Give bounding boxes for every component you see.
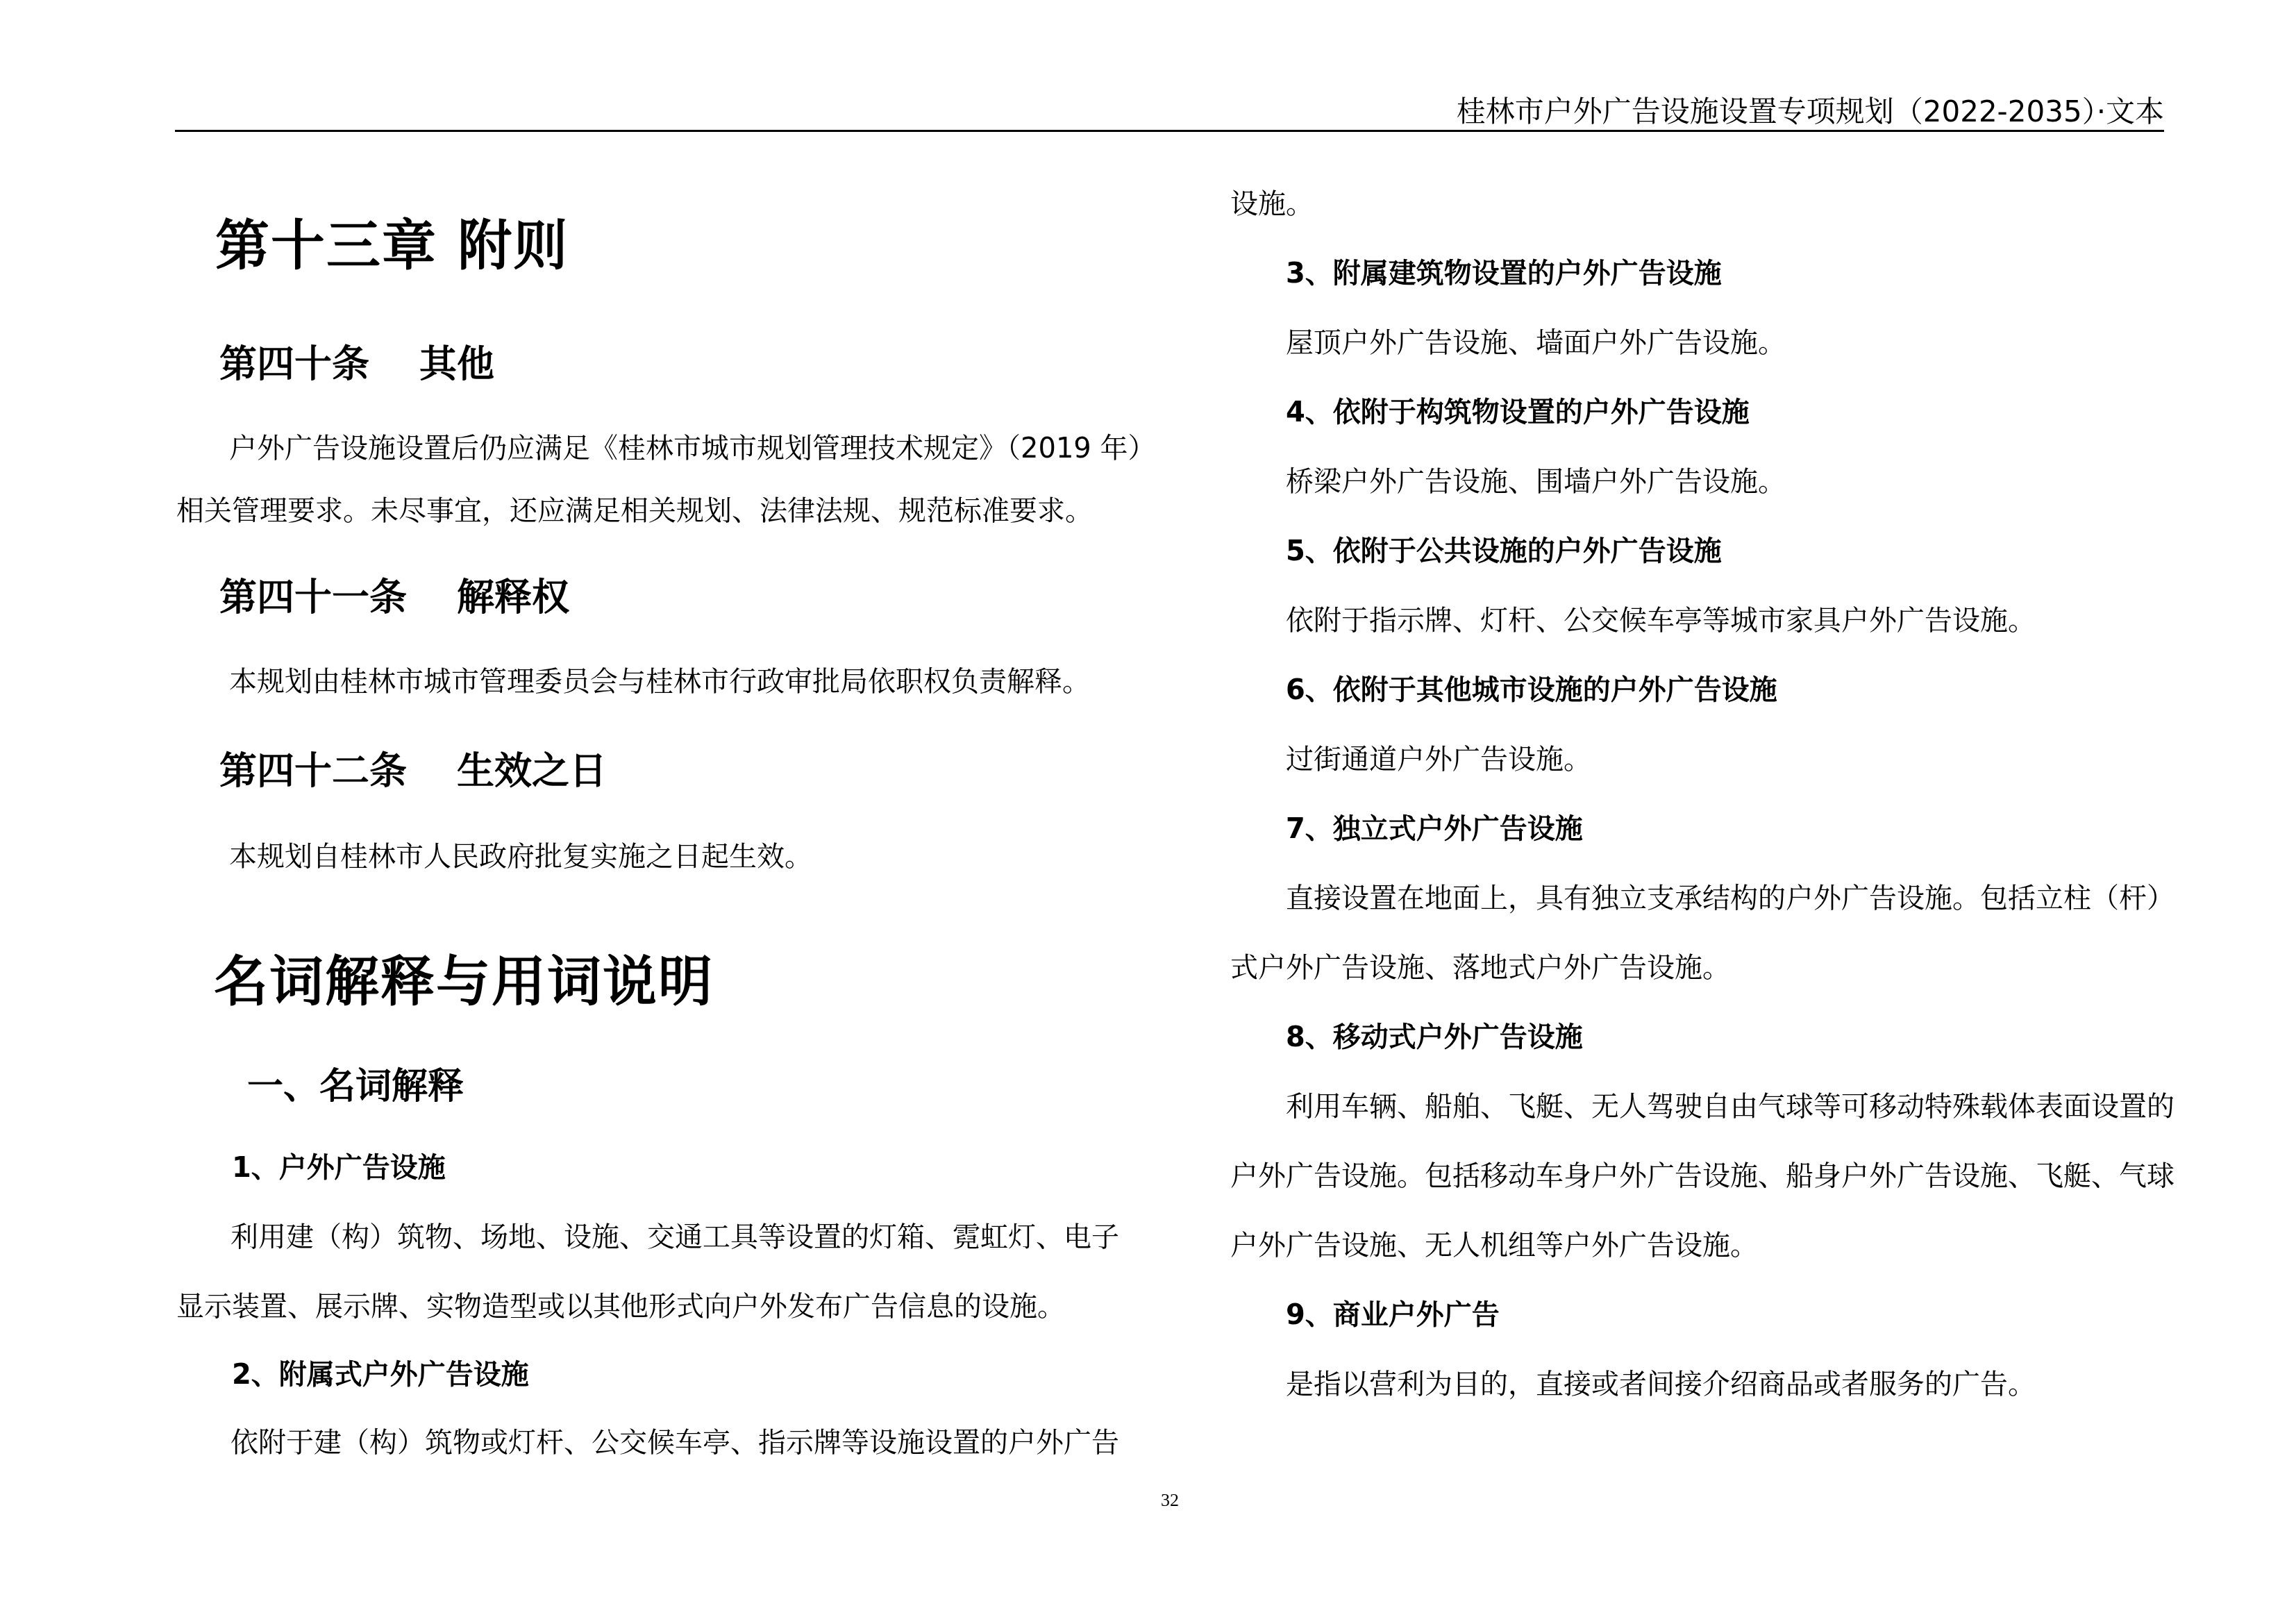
term-2-continuation: 设施。 xyxy=(1230,182,1314,221)
term-7-line-1: 直接设置在地面上，具有独立支承结构的户外广告设施。包括立柱（杆） xyxy=(1286,876,2175,916)
term-2-line-1: 依附于建（构）筑物或灯杆、公交候车亭、指示牌等设施设置的户外广告 xyxy=(231,1421,1119,1460)
term-heading-6: 6、依附于其他城市设施的户外广告设施 xyxy=(1286,668,1777,708)
article-number: 第四十条 xyxy=(219,342,369,386)
page-header-title: 桂林市户外广告设施设置专项规划（2022-2035）·文本 xyxy=(1457,89,2164,131)
term-heading-3: 3、附属建筑物设置的户外广告设施 xyxy=(1286,251,1722,291)
term-8-line-1: 利用车辆、船舶、飞艇、无人驾驶自由气球等可移动特殊载体表面设置的 xyxy=(1286,1085,2175,1124)
term-4-line-1: 桥梁户外广告设施、围墙户外广告设施。 xyxy=(1286,460,1786,499)
article-41-paragraph: 本规划由桂林市城市管理委员会与桂林市行政审批局依职权负责解释。 xyxy=(229,660,1090,699)
article-40-paragraph-line-1: 户外广告设施设置后仍应满足《桂林市城市规划管理技术规定》（2019 年） xyxy=(229,426,1156,466)
article-heading-41: 第四十一条解释权 xyxy=(219,568,569,621)
page-number: 32 xyxy=(1161,1490,1179,1511)
term-9-line-1: 是指以营利为目的，直接或者间接介绍商品或者服务的广告。 xyxy=(1286,1362,2036,1402)
term-heading-1: 1、户外广告设施 xyxy=(232,1146,446,1185)
term-heading-8: 8、移动式户外广告设施 xyxy=(1286,1015,1583,1055)
term-heading-9: 9、商业户外广告 xyxy=(1286,1293,1500,1332)
article-42-paragraph: 本规划自桂林市人民政府批复实施之日起生效。 xyxy=(229,835,812,874)
glossary-title: 名词解释与用词说明 xyxy=(214,939,714,1016)
term-5-line-1: 依附于指示牌、灯杆、公交候车亭等城市家具户外广告设施。 xyxy=(1286,598,2036,638)
term-1-line-2: 显示装置、展示牌、实物造型或以其他形式向户外发布广告信息的设施。 xyxy=(176,1284,1065,1324)
term-heading-7: 7、独立式户外广告设施 xyxy=(1286,807,1583,846)
term-heading-2: 2、附属式户外广告设施 xyxy=(232,1353,529,1392)
term-3-line-1: 屋顶户外广告设施、墙面户外广告设施。 xyxy=(1286,321,1786,360)
article-heading-40: 第四十条其他 xyxy=(219,335,494,388)
article-title: 解释权 xyxy=(457,576,569,619)
term-8-line-3: 户外广告设施、无人机组等户外广告设施。 xyxy=(1230,1223,1758,1263)
term-heading-5: 5、依附于公共设施的户外广告设施 xyxy=(1286,529,1722,569)
article-title: 其他 xyxy=(419,342,494,386)
term-8-line-2: 户外广告设施。包括移动车身户外广告设施、船身户外广告设施、飞艇、气球 xyxy=(1230,1154,2175,1194)
chapter-title: 第十三章 附则 xyxy=(215,203,569,281)
article-number: 第四十二条 xyxy=(219,749,407,793)
article-title: 生效之日 xyxy=(457,749,607,793)
article-number: 第四十一条 xyxy=(219,576,407,619)
term-1-line-1: 利用建（构）筑物、场地、设施、交通工具等设置的灯箱、霓虹灯、电子 xyxy=(231,1215,1119,1255)
article-40-paragraph-line-2: 相关管理要求。未尽事宜，还应满足相关规划、法律法规、规范标准要求。 xyxy=(176,489,1093,528)
term-heading-4: 4、依附于构筑物设置的户外广告设施 xyxy=(1286,390,1750,430)
header-divider xyxy=(175,130,2164,132)
glossary-section-heading: 一、名词解释 xyxy=(247,1057,464,1109)
article-heading-42: 第四十二条生效之日 xyxy=(219,742,607,795)
term-6-line-1: 过街通道户外广告设施。 xyxy=(1286,737,1591,777)
term-7-line-2: 式户外广告设施、落地式户外广告设施。 xyxy=(1230,946,1730,985)
